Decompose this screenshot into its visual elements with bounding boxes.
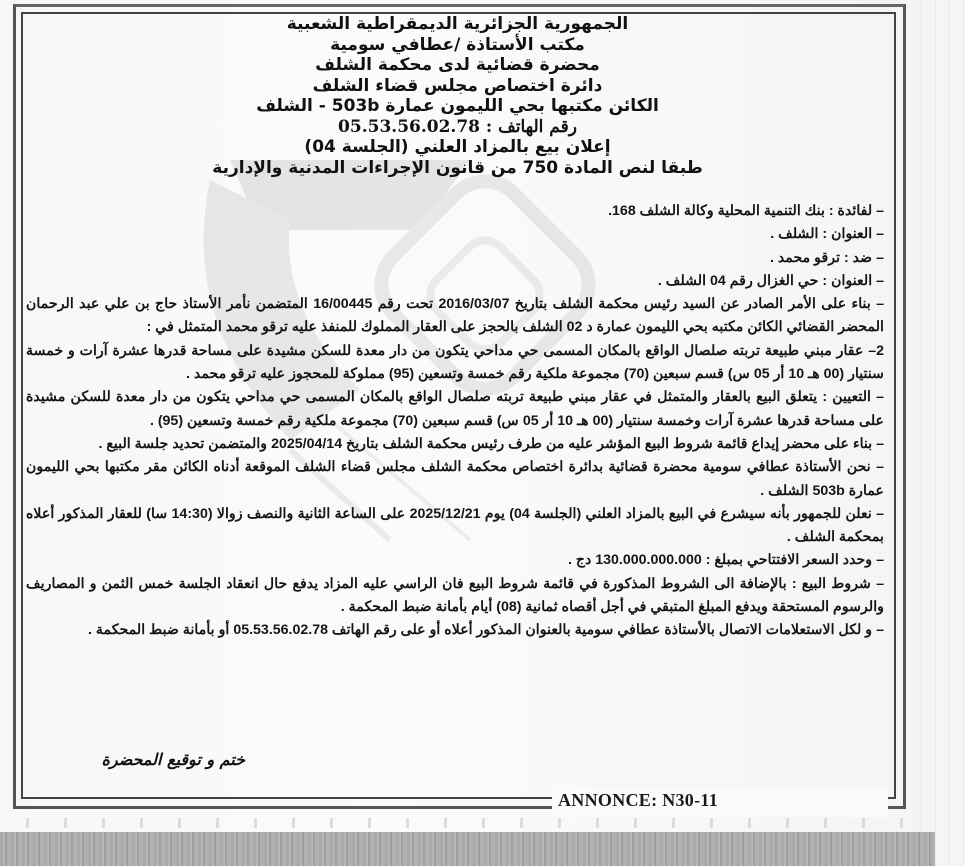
announcement-header: الجمهورية الجزائرية الديمقراطية الشعبية …	[25, 14, 890, 178]
ruler-ticks	[0, 818, 935, 828]
header-bailiff-title: محضرة قضائية لدى محكمة الشلف	[25, 55, 890, 76]
against-line: – ضد : ترقو محمد .	[26, 247, 884, 270]
auction-date-paragraph: – نعلن للجمهور بأنه سيشرع في البيع بالمز…	[26, 503, 884, 550]
designation-paragraph: – التعيين : يتعلق البيع بالعقار والمتمثل…	[26, 386, 884, 433]
against-address-line: – العنوان : حي الغزال رقم 04 الشلف .	[26, 270, 884, 293]
adjacent-column-strip	[915, 0, 965, 866]
property-paragraph: 2– عقار مبني طبيعة تربته صلصال الواقع با…	[26, 340, 884, 387]
announcement-body: – لفائدة : بنك التنمية المحلية وكالة الش…	[26, 200, 884, 643]
header-jurisdiction: دائرة اختصاص مجلس قضاء الشلف	[25, 76, 890, 97]
header-phone: رقم الهاتف : 05.53.56.02.78	[25, 117, 890, 138]
beneficiary-address-line: – العنوان : الشلف .	[26, 223, 884, 246]
inquiries-paragraph: – و لكل الاستعلامات الاتصال بالأستاذة عط…	[26, 619, 884, 642]
header-auction-title: إعلان بيع بالمزاد العلني (الجلسة 04)	[25, 137, 890, 158]
header-legal-basis: طبقا لنص المادة 750 من قانون الإجراءات ا…	[25, 158, 890, 179]
header-address: الكائن مكتبها بحي الليمون عمارة 503b - ا…	[25, 96, 890, 117]
sale-conditions-paragraph: – شروط البيع : بالإضافة الى الشروط المذك…	[26, 573, 884, 620]
annonce-number: ANNONCE: N30-11	[552, 789, 888, 817]
deposit-paragraph: – بناء على محضر إيداع قائمة شروط البيع ا…	[26, 433, 884, 456]
header-office: مكتب الأستاذة /عطافي سومية	[25, 35, 890, 56]
gray-page-band	[0, 832, 935, 866]
signature-line: ختم و توقيع المحضرة	[102, 750, 246, 769]
beneficiary-line: – لفائدة : بنك التنمية المحلية وكالة الش…	[26, 200, 884, 223]
header-republic: الجمهورية الجزائرية الديمقراطية الشعبية	[25, 14, 890, 35]
bailiff-paragraph: – نحن الأستاذة عطافي سومية محضرة قضائية …	[26, 456, 884, 503]
court-order-paragraph: – بناء على الأمر الصادر عن السيد رئيس مح…	[26, 293, 884, 340]
opening-price-line: – وحدد السعر الافتتاحي بمبلغ : 130.000.0…	[26, 549, 884, 572]
